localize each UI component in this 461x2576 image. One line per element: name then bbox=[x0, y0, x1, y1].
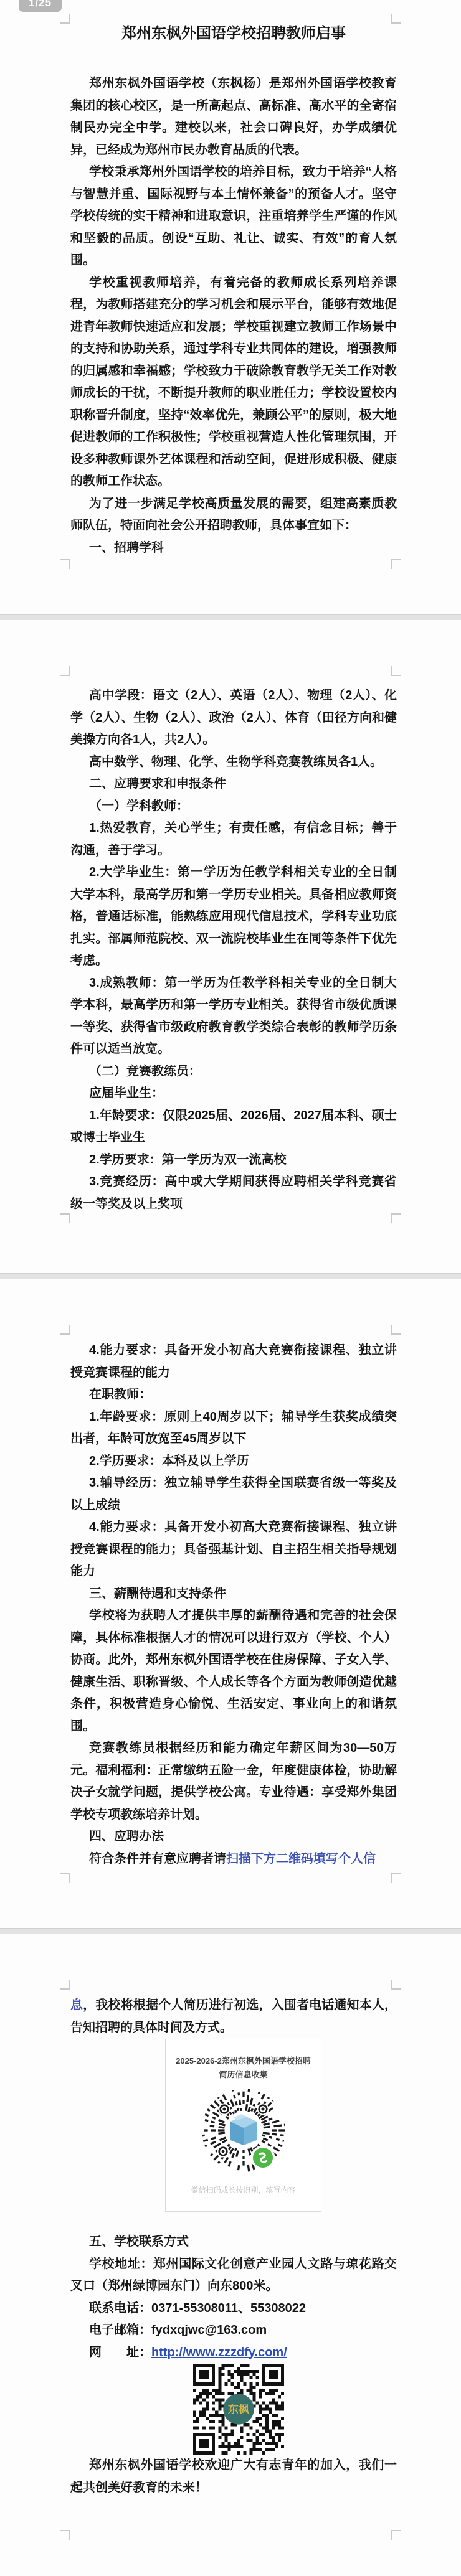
section-heading-requirements: 二、应聘要求和申报条件 bbox=[70, 773, 397, 796]
qr-card-caption: 微信扫码或长按识别，填写内容 bbox=[172, 2185, 315, 2195]
paragraph: 4.能力要求：具备开发小初高大竞赛衔接课程、独立讲授竞赛课程的能力 bbox=[70, 1340, 397, 1384]
document-page-4: 息，我校将根据个人简历进行初选，入围者电话通知本人，告知招聘的具体时间及方式。 … bbox=[0, 1934, 461, 2576]
document-title: 郑州东枫外国语学校招聘教师启事 bbox=[70, 22, 397, 45]
page-separator bbox=[0, 1273, 461, 1279]
school-address: 学校地址：郑州国际文化创意产业园人文路与琼花路交叉口（郑州绿博园东门）向东800… bbox=[70, 2254, 397, 2298]
paragraph: 2.学历要求：本科及以上学历 bbox=[70, 1450, 397, 1473]
apply-text: 符合条件并有意应聘者请 bbox=[89, 1852, 226, 1866]
paragraph: 高中数学、物理、化学、生物学科竞赛教练员各1人。 bbox=[70, 751, 397, 774]
apply-text-rest: ，我校将根据个人简历进行初选，入围者电话通知本人，告知招聘的具体时间及方式。 bbox=[70, 1998, 397, 2034]
paragraph: 1.热爱教育，关心学生；有责任感，有信念目标；善于沟通，善于学习。 bbox=[70, 817, 397, 862]
paragraph: 高中学段：语文（2人）、英语（2人）、物理（2人）、化学（2人）、生物（2人）、… bbox=[70, 685, 397, 751]
paragraph: 3.辅导经历：独立辅导学生获得全国联赛省级一等奖及以上成绩 bbox=[70, 1472, 397, 1516]
document-page-2: 高中学段：语文（2人）、英语（2人）、物理（2人）、化学（2人）、生物（2人）、… bbox=[0, 620, 461, 1273]
paragraph: 3.竞赛经历：高中或大学期间获得应聘相关学科竞赛省级一等奖及以上奖项 bbox=[70, 1171, 397, 1215]
svg-text:东枫: 东枫 bbox=[228, 2403, 250, 2415]
scan-qr-link[interactable]: 扫描下方二维码填写个人信 bbox=[226, 1852, 376, 1866]
closing-paragraph: 郑州东枫外国语学校欢迎广大有志青年的加入，我们一起共创美好教育的未来！ bbox=[70, 2455, 397, 2499]
paragraph: 2.学历要求：第一学历为双一流高校 bbox=[70, 1149, 397, 1172]
qr-card-title-line1: 2025-2026-2郑州东枫外国语学校招聘 bbox=[172, 2054, 315, 2068]
crop-mark-bottom-left bbox=[60, 559, 70, 569]
paragraph: 1.年龄要求：原则上40周岁以下；辅导学生获奖成绩突出者，年龄可放宽至45周岁以… bbox=[70, 1406, 397, 1450]
document-page-3: 4.能力要求：具备开发小初高大竞赛衔接课程、独立讲授竞赛课程的能力 在职教师： … bbox=[0, 1279, 461, 1928]
crop-mark-top-left bbox=[60, 666, 70, 676]
paragraph: 1.年龄要求：仅限2025届、2026届、2027届本科、硕士或博士毕业生 bbox=[70, 1105, 397, 1149]
crop-mark-bottom-right bbox=[391, 559, 401, 569]
page-indicator-badge: 1/25 bbox=[19, 0, 62, 12]
scan-qr-link-continuation[interactable]: 息 bbox=[70, 1998, 83, 2012]
qr-card-title-line2: 简历信息收集 bbox=[172, 2068, 315, 2082]
school-qr-code: 东枫 bbox=[193, 2364, 284, 2455]
crop-mark-bottom-right bbox=[391, 2530, 401, 2540]
crop-mark-bottom-right bbox=[391, 1873, 401, 1883]
recruit-form-qr-card: 2025-2026-2郑州东枫外国语学校招聘 简历信息收集 微信扫码或长按识别，… bbox=[165, 2039, 321, 2212]
paragraph: 3.成熟教师：第一学历为任教学科相关专业的全日制大学本科，最高学历和第一学历专业… bbox=[70, 972, 397, 1061]
crop-mark-top-left bbox=[60, 14, 70, 24]
page-separator bbox=[0, 1928, 461, 1934]
paragraph: 竞赛教练员根据经历和能力确定年薪区间为30—50万元。福利福利：正常缴纳五险一金… bbox=[70, 1737, 397, 1826]
paragraph: 学校将为获聘人才提供丰厚的薪酬待遇和完善的社会保障，具体标准根据人才的情况可以进… bbox=[70, 1605, 397, 1737]
paragraph: 2.大学毕业生：第一学历为任教学科相关专业的全日制大学本科，最高学历和第一学历专… bbox=[70, 862, 397, 972]
subsection-heading-competition-coaches: （二）竞赛教练员： bbox=[70, 1061, 397, 1083]
paragraph: 4.能力要求：具备开发小初高大竞赛衔接课程、独立讲授竞赛课程的能力；具备强基计划… bbox=[70, 1516, 397, 1583]
contact-phone: 联系电话：0371-55308011、55308022 bbox=[70, 2298, 397, 2320]
crop-mark-top-right bbox=[391, 1325, 401, 1335]
website-label: 网 址： bbox=[89, 2346, 151, 2359]
section-heading-recruit-subjects: 一、招聘学科 bbox=[70, 537, 397, 560]
paragraph: 在职教师： bbox=[70, 1384, 397, 1406]
paragraph: 学校重视教师培养，有着完备的教师成长系列培养课程，为教师搭建充分的学习机会和展示… bbox=[70, 272, 397, 493]
crop-mark-top-right bbox=[391, 1980, 401, 1990]
crop-mark-bottom-left bbox=[60, 1213, 70, 1223]
section-heading-contact: 五、学校联系方式 bbox=[70, 2231, 397, 2254]
crop-mark-bottom-left bbox=[60, 1873, 70, 1883]
website-line: 网 址：http://www.zzzdfy.com/ bbox=[70, 2342, 397, 2364]
section-heading-apply-method: 四、应聘办法 bbox=[70, 1826, 397, 1848]
paragraph: 应届毕业生： bbox=[70, 1083, 397, 1105]
crop-mark-top-left bbox=[60, 1325, 70, 1335]
paragraph: 息，我校将根据个人简历进行初选，入围者电话通知本人，告知招聘的具体时间及方式。 bbox=[70, 1995, 397, 2039]
page-separator bbox=[0, 614, 461, 620]
crop-mark-bottom-left bbox=[60, 2530, 70, 2540]
paragraph: 学校秉承郑州外国语学校的培养目标，致力于培养“人格与智慧并重、国际视野与本土情怀… bbox=[70, 161, 397, 272]
section-heading-salary: 三、薪酬待遇和支持条件 bbox=[70, 1583, 397, 1605]
subsection-heading-subject-teachers: （一）学科教师： bbox=[70, 796, 397, 818]
paragraph: 为了进一步满足学校高质量发展的需要，组建高素质教师队伍，特面向社会公开招聘教师，… bbox=[70, 493, 397, 537]
document-page-1: 郑州东枫外国语学校招聘教师启事 郑州东枫外国语学校（东枫杨）是郑州外国语学校教育… bbox=[0, 0, 461, 614]
mini-program-qr-code bbox=[197, 2085, 290, 2179]
crop-mark-top-left bbox=[60, 1980, 70, 1990]
website-link[interactable]: http://www.zzzdfy.com/ bbox=[151, 2346, 287, 2359]
paragraph: 符合条件并有意应聘者请扫描下方二维码填写个人信 bbox=[70, 1848, 397, 1871]
crop-mark-top-right bbox=[391, 666, 401, 676]
contact-email: 电子邮箱：fydxqjwc@163.com bbox=[70, 2320, 397, 2342]
paragraph: 郑州东枫外国语学校（东枫杨）是郑州外国语学校教育集团的核心校区，是一所高起点、高… bbox=[70, 73, 397, 161]
